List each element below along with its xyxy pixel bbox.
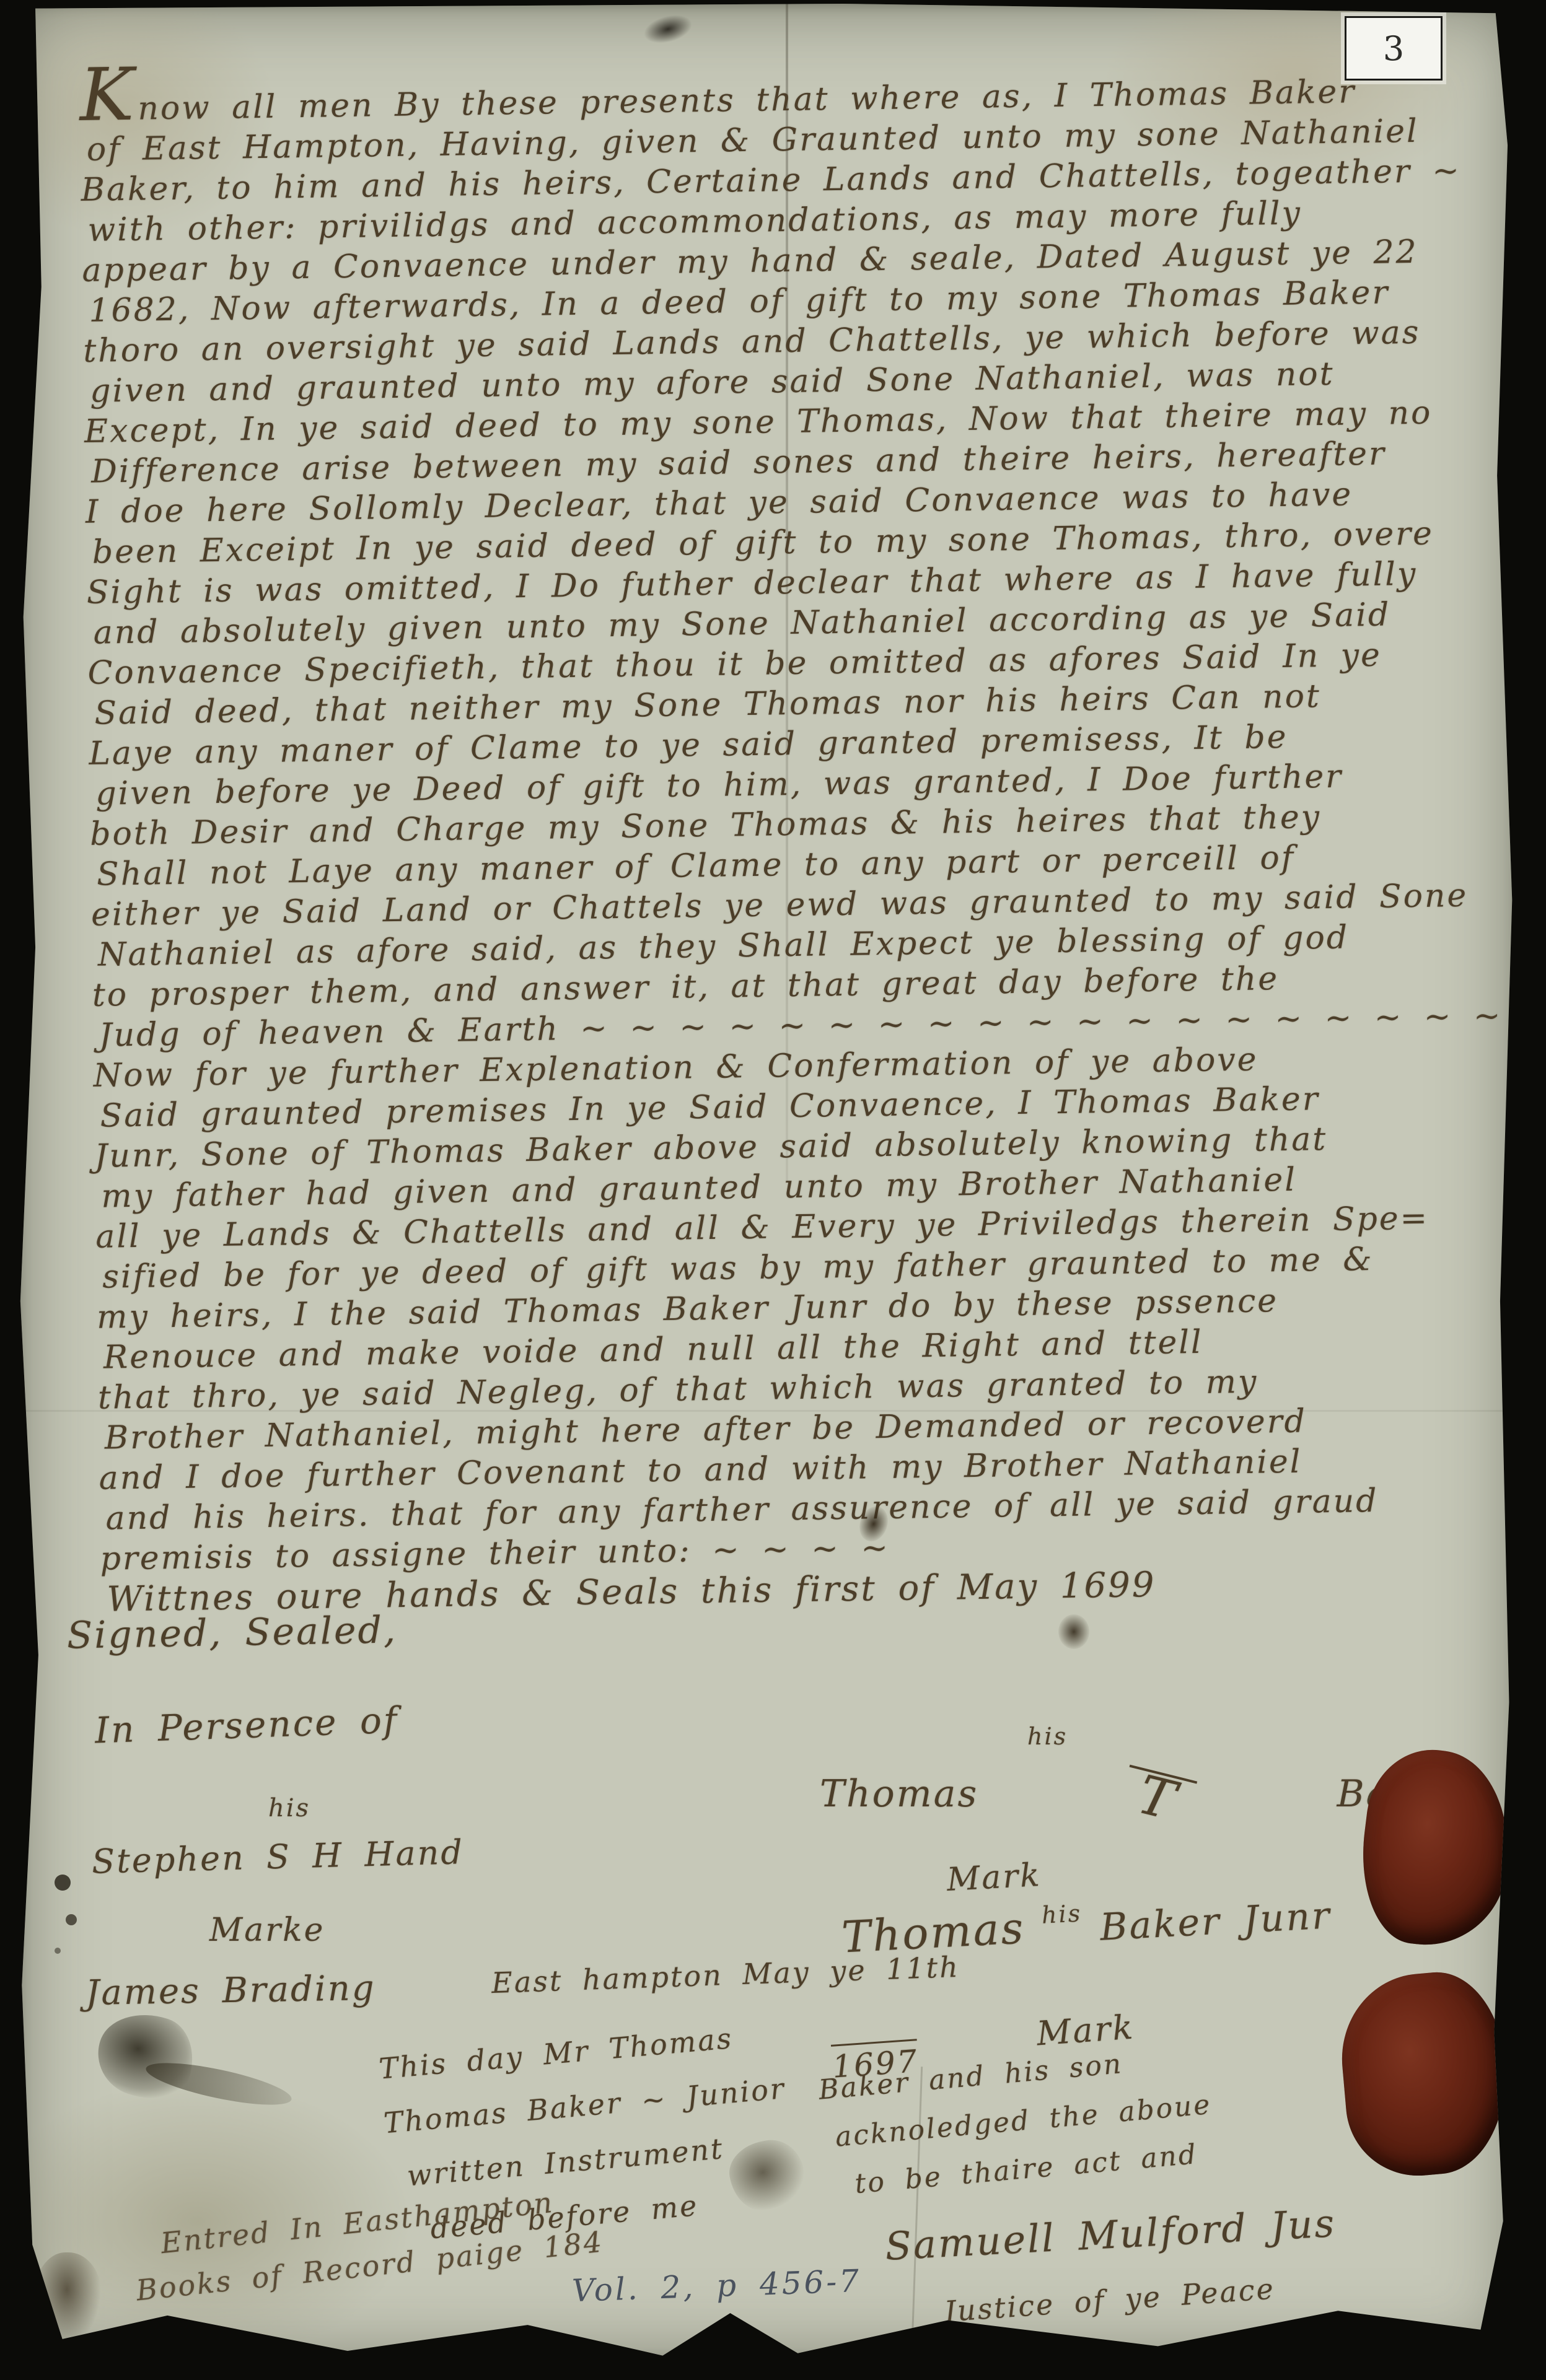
signature2-name-right: Baker Junr [1099,1894,1333,1949]
page-number: 3 [1383,29,1404,68]
acknowledgment-place-date: East hampton May ye 11th [491,1950,960,2000]
page-number-box: 3 [1345,16,1443,81]
justice-title: Justice of ye Peace [943,2272,1276,2328]
in-presence-of-label: In Persence of [94,1699,399,1751]
signature1-his-label: his [1027,1723,1068,1750]
signature1-name-left: Thomas [820,1772,978,1816]
signature-thomas-baker: Thomas T Baker [820,1772,1458,1822]
manuscript-page: Know all men By these presents that wher… [17,4,1518,2363]
ink-stain [55,1875,71,1891]
signed-sealed-label: Signed, Sealed, [66,1608,397,1657]
ink-blot [1058,1614,1089,1649]
signature1-mark: T [1118,1765,1198,1831]
signature2-his-label: his [1041,1899,1083,1928]
witness-signature-james-brading: James Brading [85,1968,376,2013]
scanned-manuscript: { "page": { "number": "3", "description"… [0,0,1546,2380]
deed-body-text: Know all men By these presents that wher… [79,48,1539,1620]
signature1-mark-label: Mark [946,1857,1043,1899]
justice-signature-samuell-mulford: Samuell Mulford Jus [884,2200,1337,2269]
ink-speck [641,10,695,48]
witness-signature-stephen-hand: Stephen S H Hand [91,1832,464,1881]
ink-stain [143,2055,294,2114]
witness-his-label: his [268,1794,310,1822]
volume-page-pencil-note: Vol. 2, p 456-7 [571,2263,862,2309]
witness-mark-label: Marke [209,1912,325,1949]
wax-seal-2 [1335,1967,1514,2182]
ink-stain [87,2001,204,2110]
ink-stain [33,2252,101,2345]
